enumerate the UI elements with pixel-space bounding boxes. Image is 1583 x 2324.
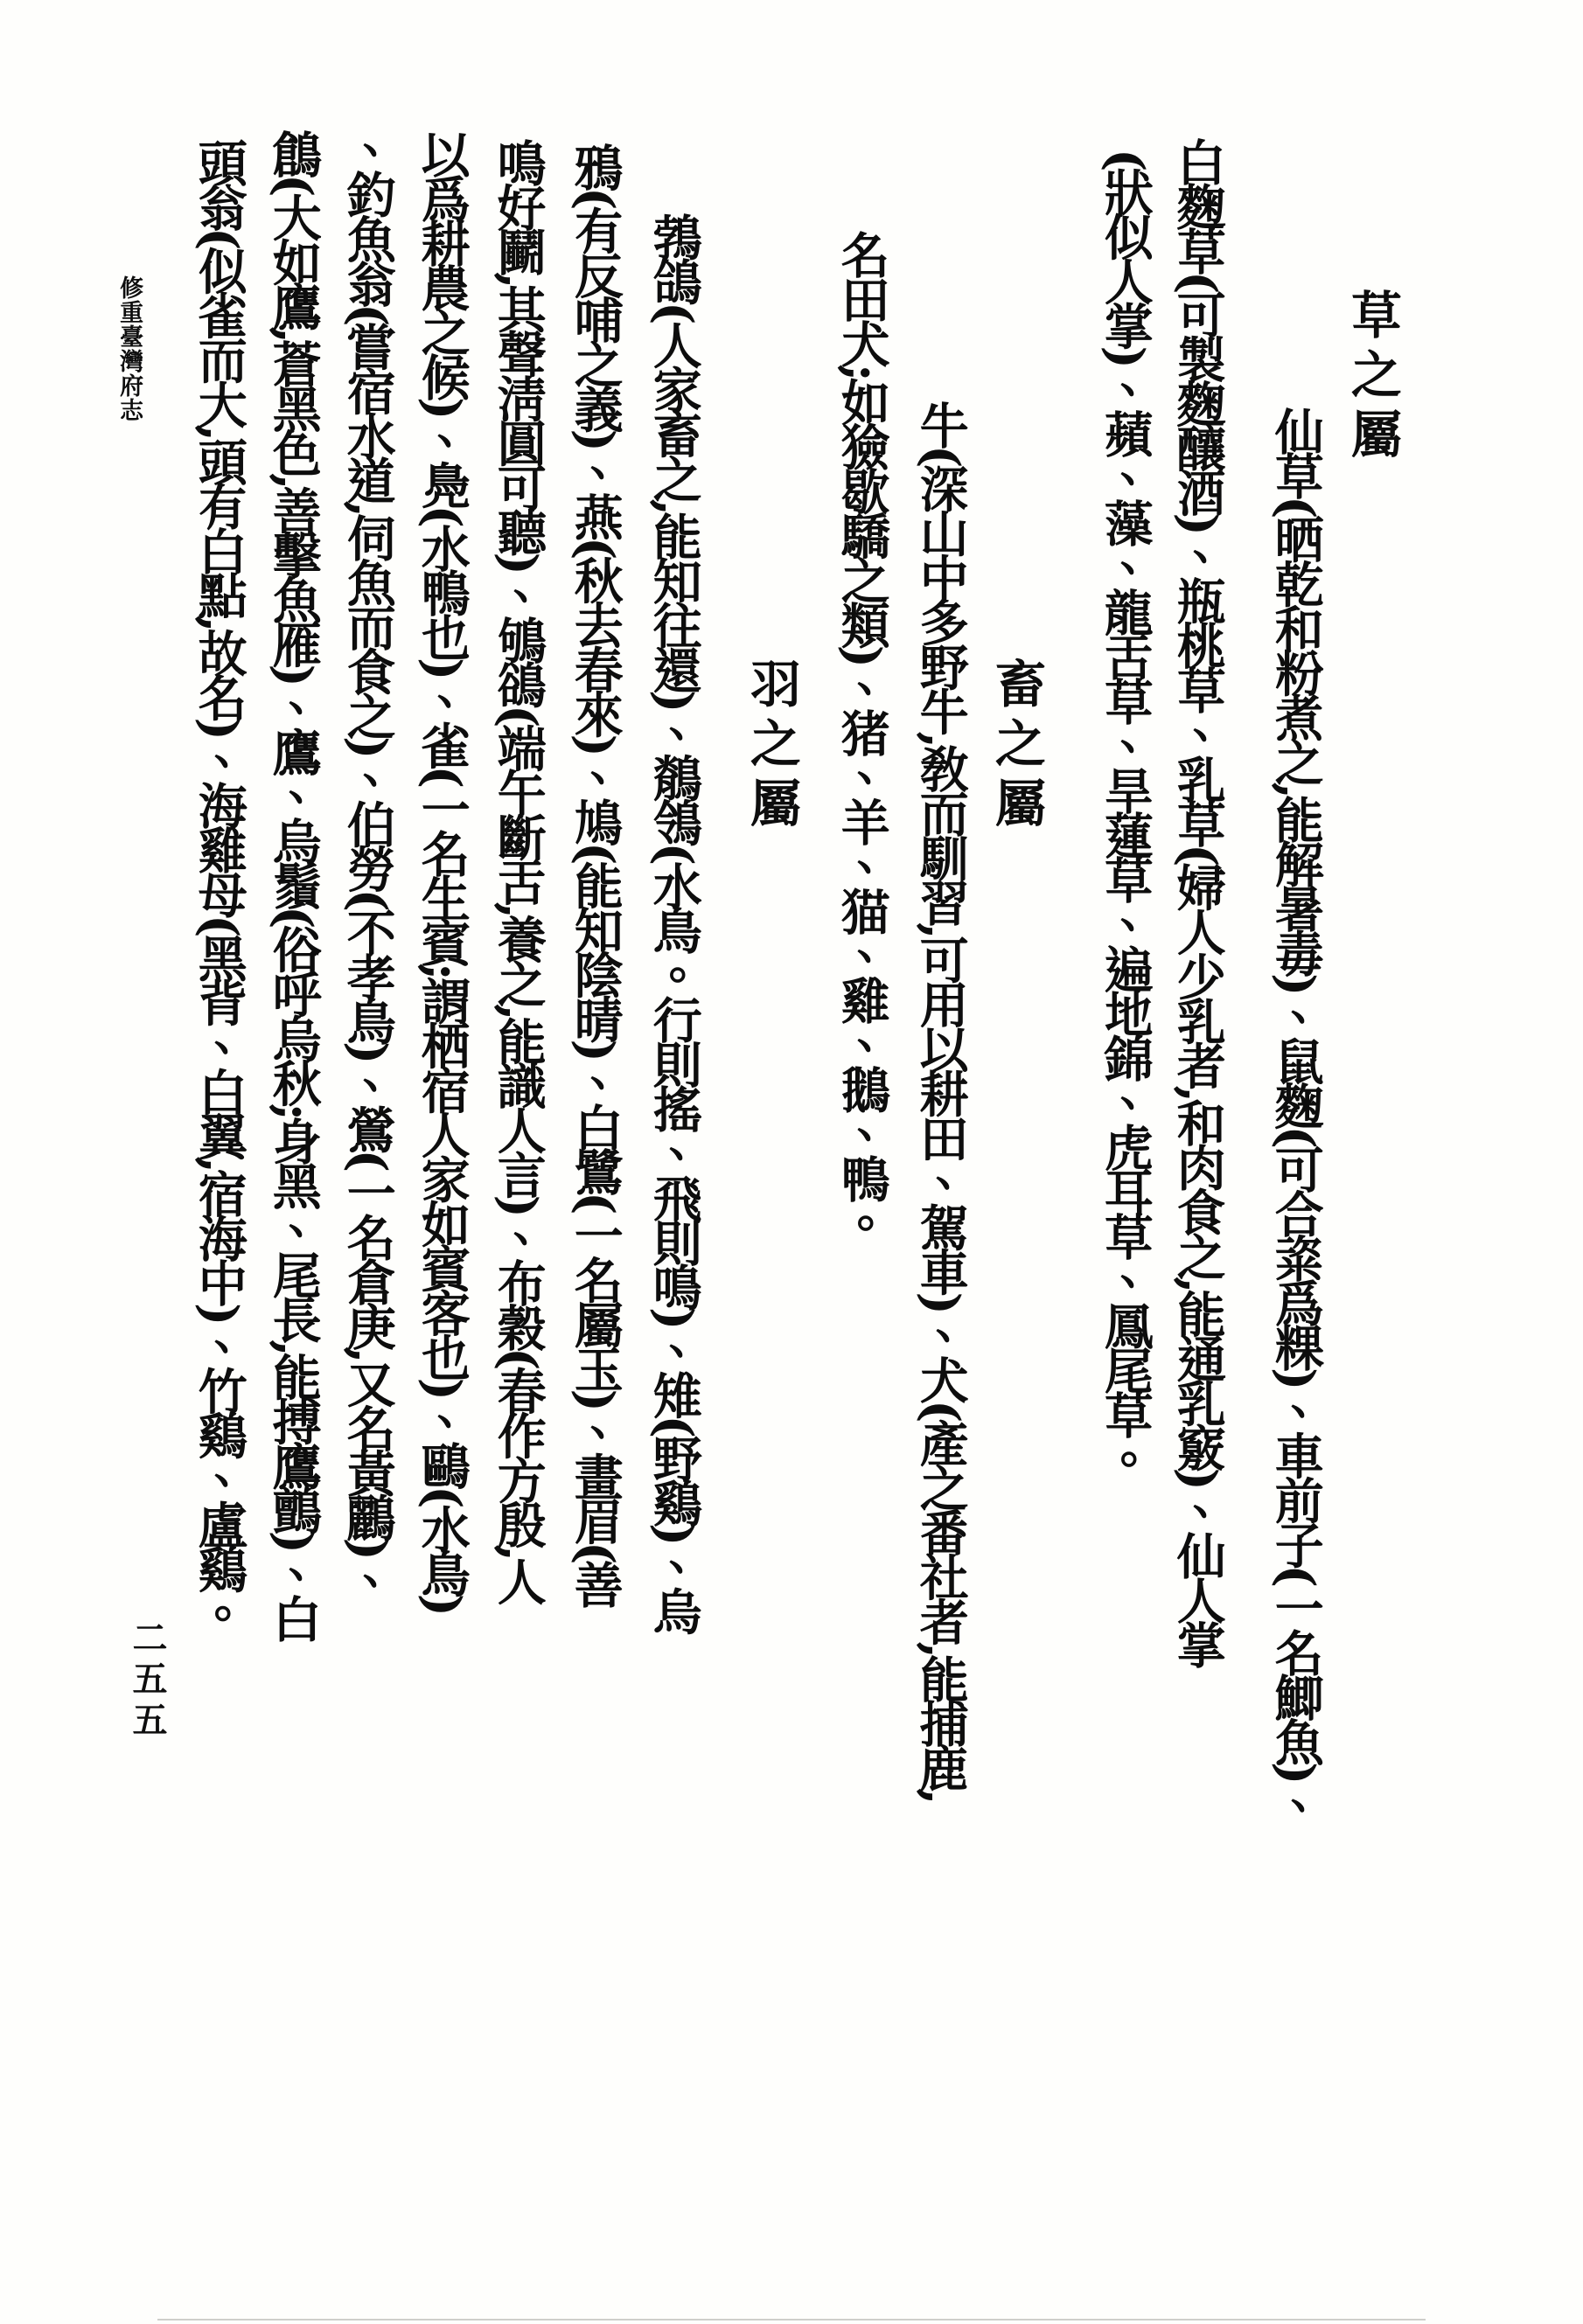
text-column: 頭翁(似雀而大,頭有白點,故名)、海雞母(黑背、白翼,宿海中)、竹鷄、盧鷄。 bbox=[193, 138, 245, 1633]
text-column: 仙草(晒乾和粉煮之,能解暑毒)、鼠麴(可合粢爲粿)、車前子(一名鯽魚)、 bbox=[1270, 407, 1321, 1825]
text-column: 名田犬;如獫歇驕之類)、猪、羊、猫、雞、鵝、鴨。 bbox=[836, 230, 888, 1243]
page-edge-artifact bbox=[157, 2319, 1426, 2321]
text-column: 鶬(大如鷹,蒼黑色,善擊魚雁)、鷹、烏鬚(俗呼烏秋;身黑、尾長,能搏鷹鸇)、白 bbox=[268, 129, 319, 1639]
section-header-plants: 草之屬 bbox=[1345, 289, 1398, 467]
text-column: 鵓鴿(人家畜之,能知往還)、鶺鴒(水鳥。行則搖、飛則鳴)、雉(野鷄)、烏 bbox=[648, 212, 700, 1631]
section-header-livestock: 畜之屬 bbox=[989, 658, 1043, 836]
text-column: 鴉(有反哺之義)、燕(秋去春來)、鳩(能知陰晴)、白鷺(一名屬玉)、畫眉(善 bbox=[569, 143, 621, 1604]
page-number: 二五五 bbox=[128, 1619, 166, 1743]
section-header-birds: 羽之屬 bbox=[744, 658, 798, 836]
text-column: 以爲耕農之候)、鳧(水鴨也)、雀(一名生賓;謂栖宿人家如賓客也)、鷗(水鳥) bbox=[416, 129, 468, 1612]
text-column: 、釣魚翁(嘗宿水道,伺魚而食之)、伯勞(不孝鳥)、鶯(一名倉庚,又名黃鸝)、 bbox=[342, 125, 394, 1601]
running-title: 修重臺灣府志 bbox=[116, 275, 142, 422]
scanned-book-page: 草之屬 仙草(晒乾和粉煮之,能解暑毒)、鼠麴(可合粢爲粿)、車前子(一名鯽魚)、… bbox=[0, 0, 1583, 2324]
text-column: 鳴好鬭,其聲淸圓可聽)、鴝鵒(端午斷舌,養之,能識人言)、布穀(春作方殷,人 bbox=[492, 138, 544, 1602]
text-column: 牛(深山中多野牛,敎而馴習,可用以耕田、駕車)、犬(產之番社者,能捕鹿, bbox=[915, 400, 966, 1800]
text-column: (狀似人掌)、蘋、藻、龍舌草、旱蓮草、遍地錦、虎耳草、鳳尾草。 bbox=[1099, 149, 1151, 1479]
text-column: 白麴草(可製麴釀酒)、瓶桃草、乳草(婦人少乳者,和肉食之,能通乳竅)、仙人掌 bbox=[1172, 137, 1224, 1665]
